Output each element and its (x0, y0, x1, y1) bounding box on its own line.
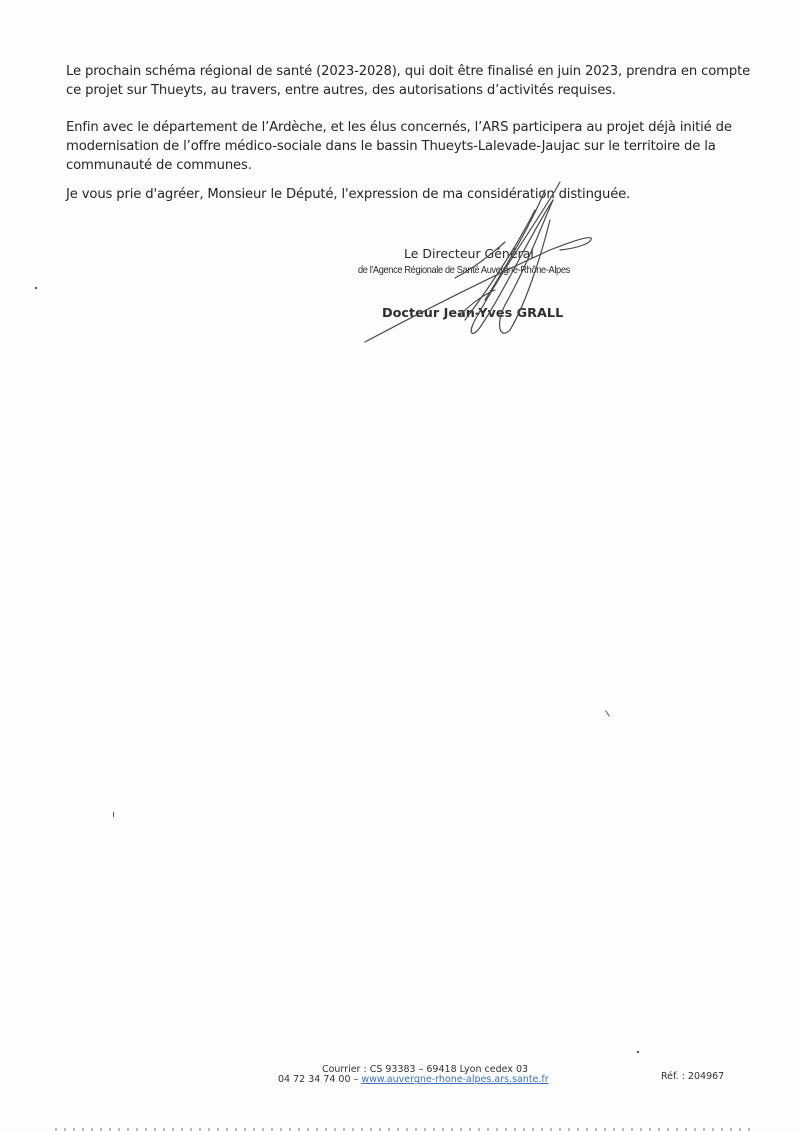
scan-speck (35, 287, 37, 289)
paragraph-medico-social: Enfin avec le département de l’Ardèche, … (66, 118, 736, 175)
signatory-agency: de l'Agence Régionale de Santé Auvergne-… (358, 264, 570, 276)
phone-number: 04 72 34 74 00 – (278, 1074, 358, 1085)
paragraph-line: communauté de communes. (66, 156, 736, 175)
paragraph-closing-formula: Je vous prie d'agréer, Monsieur le Déput… (66, 185, 736, 204)
paragraph-line: modernisation de l’offre médico-sociale … (66, 137, 736, 156)
paragraph-line: Enfin avec le département de l’Ardèche, … (66, 118, 736, 137)
paragraph-line: Je vous prie d'agréer, Monsieur le Déput… (66, 185, 736, 204)
reference-number: Réf. : 204967 (661, 1071, 724, 1082)
paragraph-line: ce projet sur Thueyts, au travers, entre… (66, 81, 736, 100)
scan-speck (605, 710, 610, 716)
scan-speck (637, 1051, 639, 1053)
scan-speck (113, 812, 114, 817)
signatory-name: Docteur Jean-Yves GRALL (382, 306, 563, 321)
document-page: Le prochain schéma régional de santé (20… (0, 0, 800, 1131)
website-link[interactable]: www.auvergne-rhone-alpes.ars.sante.fr (361, 1074, 548, 1085)
paragraph-health-scheme: Le prochain schéma régional de santé (20… (66, 62, 736, 100)
contact-line: 04 72 34 74 00 – www.auvergne-rhone-alpe… (278, 1074, 549, 1085)
paragraph-line: Le prochain schéma régional de santé (20… (66, 62, 736, 81)
signatory-title: Le Directeur Général (404, 246, 534, 261)
